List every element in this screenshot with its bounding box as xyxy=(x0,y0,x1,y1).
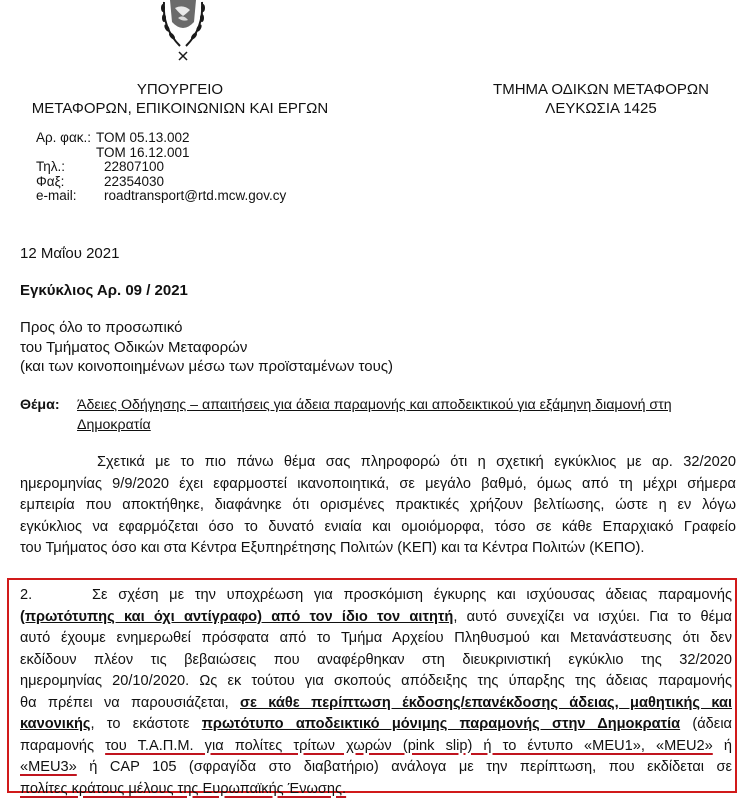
paragraph-1: Σχετικά με το πιο πάνω θέμα σας πληροφορ… xyxy=(20,452,736,560)
recipient-line: (και των κοινοποιημένων μέσω των προϊστα… xyxy=(20,357,393,377)
department-header: ΤΜΗΜΑ ΟΔΙΚΩΝ ΜΕΤΑΦΟΡΩΝ ΛΕΥΚΩΣΙΑ 1425 xyxy=(466,80,736,118)
circular-number: Εγκύκλιος Αρ. 09 / 2021 xyxy=(20,282,188,299)
emphasis-text: κανονικής xyxy=(20,716,90,732)
paragraph-text: Σε σχέση με την υποχρέωση για προσκόμιση… xyxy=(92,587,732,603)
reference-block: Αρ. φακ.: ΤΟΜ 05.13.002 ΤΟΜ 16.12.001 Τη… xyxy=(36,131,286,204)
paragraph-line: Σχετικά με το πιο πάνω θέμα σας πληροφορ… xyxy=(20,452,736,474)
recipient-line: του Τμήματος Οδικών Μεταφορών xyxy=(20,338,393,358)
file-ref-value-1: ΤΟΜ 05.13.002 xyxy=(96,131,190,146)
emphasis-text: (πρωτότυπης και όχι αντίγραφο) από τον ί… xyxy=(20,609,453,625)
paragraph-number: 2. xyxy=(20,585,92,607)
recipients: Προς όλο το προσωπικό του Τμήματος Οδικώ… xyxy=(20,318,393,377)
paragraph-text: εκδίδουν πλέον τις βεβαιώσεις που αναφέρ… xyxy=(20,650,732,672)
file-ref-value-2: ΤΟΜ 16.12.001 xyxy=(96,146,190,161)
document-date: 12 Μαΐου 2021 xyxy=(20,245,119,262)
red-underlined-text: του Τ.Α.Π.Μ. για πολίτες τρίτων χωρών (p… xyxy=(105,738,713,754)
paragraph-line: του Τμήματος όσο και στα Κέντρα Εξυπηρέτ… xyxy=(20,538,736,560)
red-underlined-text: «MEU3» xyxy=(20,759,77,775)
emphasis-text: πρωτότυπο αποδεικτικό μόνιμης παραμονής … xyxy=(202,716,680,732)
fax-value: 22354030 xyxy=(96,175,164,190)
paragraph-line: ημερομηνίας 9/9/2020 έχει εφαρμοστεί ικα… xyxy=(20,474,736,496)
fax-label: Φαξ: xyxy=(36,175,96,190)
cyprus-coat-of-arms-icon xyxy=(150,0,216,62)
emphasis-text: σε κάθε περίπτωση έκδοσης/επανέκδοσης άδ… xyxy=(240,695,732,711)
paragraph-line: εγκύκλιος να εφαρμόζεται όσο το δυνατό ε… xyxy=(20,517,736,539)
ministry-name-line1: ΥΠΟΥΡΓΕΙΟ xyxy=(30,80,330,99)
paragraph-line: εμπειρία που αποκτήθηκε, διαφάνηκε ότι ο… xyxy=(20,495,736,517)
paragraph-text: αυτό έχουμε ενημερωθεί πρόσφατα από το Τ… xyxy=(20,628,732,650)
department-city: ΛΕΥΚΩΣΙΑ 1425 xyxy=(466,99,736,118)
paragraph-text: ημερομηνίας 20/10/2020. Ως εκ τούτου για… xyxy=(20,671,732,693)
department-name: ΤΜΗΜΑ ΟΔΙΚΩΝ ΜΕΤΑΦΟΡΩΝ xyxy=(466,80,736,99)
red-underlined-text: πολίτες κράτους μέλους της Ευρωπαϊκής Έν… xyxy=(20,781,346,797)
phone-value: 22807100 xyxy=(96,160,164,175)
email-label: e-mail: xyxy=(36,189,96,204)
ministry-header: ΥΠΟΥΡΓΕΙΟ ΜΕΤΑΦΟΡΩΝ, ΕΠΙΚΟΙΝΩΝΙΩΝ ΚΑΙ ΕΡ… xyxy=(30,80,330,118)
phone-label: Τηλ.: xyxy=(36,160,96,175)
recipient-line: Προς όλο το προσωπικό xyxy=(20,318,393,338)
paragraph-2: 2.Σε σχέση με την υποχρέωση για προσκόμι… xyxy=(20,585,732,800)
subject-text: Άδειες Οδήγησης – απαιτήσεις για άδεια π… xyxy=(77,395,742,435)
subject-label: Θέμα: xyxy=(20,395,60,415)
email-link[interactable]: roadtransport@rtd.mcw.gov.cy xyxy=(96,189,286,204)
ministry-name-line2: ΜΕΤΑΦΟΡΩΝ, ΕΠΙΚΟΙΝΩΝΙΩΝ ΚΑΙ ΕΡΓΩΝ xyxy=(30,99,330,118)
file-ref-label: Αρ. φακ.: xyxy=(36,131,96,146)
